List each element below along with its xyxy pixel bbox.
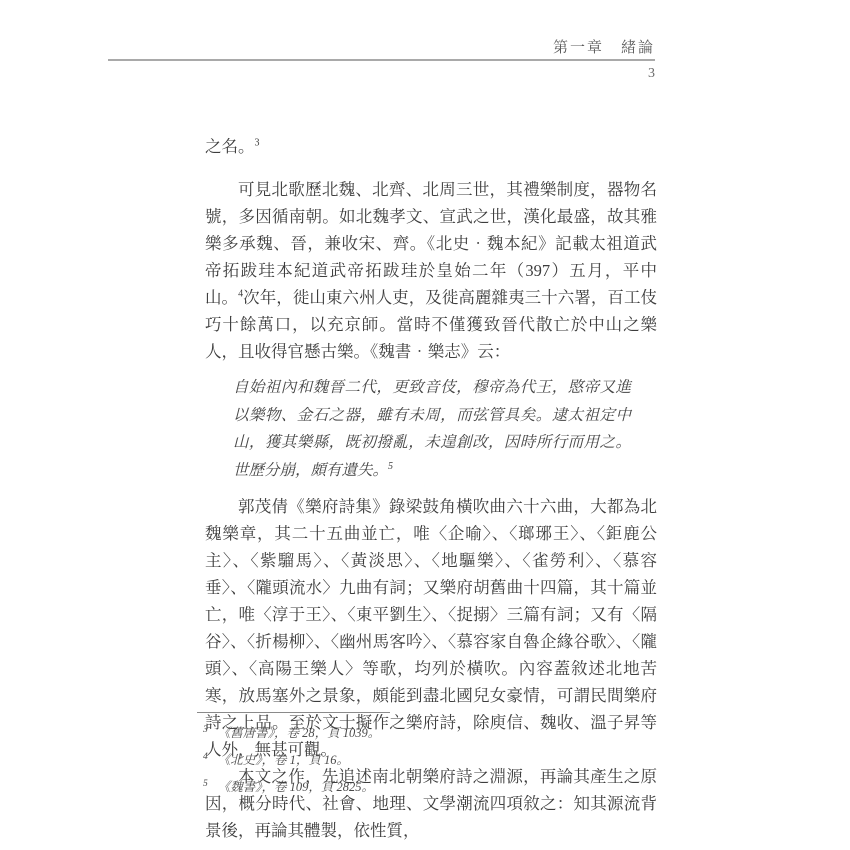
footnote-ref-3: 3 (255, 138, 260, 149)
paragraph-north-songs: 可見北歌歷北魏、北齊、北周三世，其禮樂制度，器物名號，多因循南朝。如北魏孝文、宣… (205, 176, 657, 365)
footnote-item: 4 《北史》，卷 1，頁 16。 (197, 750, 657, 770)
quote-text: 自始祖內和魏晉二代，更致音伎，穆帝為代王，愍帝又進以樂物、金石之器，雖有未周，而… (233, 379, 631, 479)
footnote-text: 《魏書》，卷 109，頁 2825。 (218, 777, 657, 797)
running-header-chapter-title: 第一章 緒論 (108, 36, 655, 57)
footnote-item: 5 《魏書》，卷 109，頁 2825。 (197, 777, 657, 797)
paragraph-north-songs-seg2: 次年，徙山東六州人吏，及徙高麗雜夷三十六署，百工伎巧十餘萬口，以充京師。當時不僅… (205, 288, 657, 361)
page-number: 3 (108, 66, 655, 82)
book-page: 第一章 緒論 3 之名。3 可見北歌歷北魏、北齊、北周三世，其禮樂制度，器物名號… (0, 0, 850, 850)
weishu-yuezhi-quote: 自始祖內和魏晉二代，更致音伎，穆帝為代王，愍帝又進以樂物、金石之器，雖有未周，而… (233, 374, 631, 484)
opening-line-text: 之名。 (205, 137, 255, 156)
footnote-text: 《舊唐書》，卷 28，頁 1039。 (218, 723, 657, 743)
footnote-item: 3 《舊唐書》，卷 28，頁 1039。 (197, 723, 657, 743)
footnotes-section: 3 《舊唐書》，卷 28，頁 1039。 4 《北史》，卷 1，頁 16。 5 … (197, 712, 657, 804)
footnote-ref-5: 5 (388, 460, 393, 471)
footnote-separator-rule (197, 712, 390, 713)
footnote-marker: 4 (197, 750, 218, 764)
footnote-marker: 3 (197, 723, 218, 737)
footnote-marker: 5 (197, 777, 218, 791)
header-rule (108, 59, 655, 61)
opening-carryover-line: 之名。3 (205, 133, 657, 160)
footnote-text: 《北史》，卷 1，頁 16。 (218, 750, 657, 770)
